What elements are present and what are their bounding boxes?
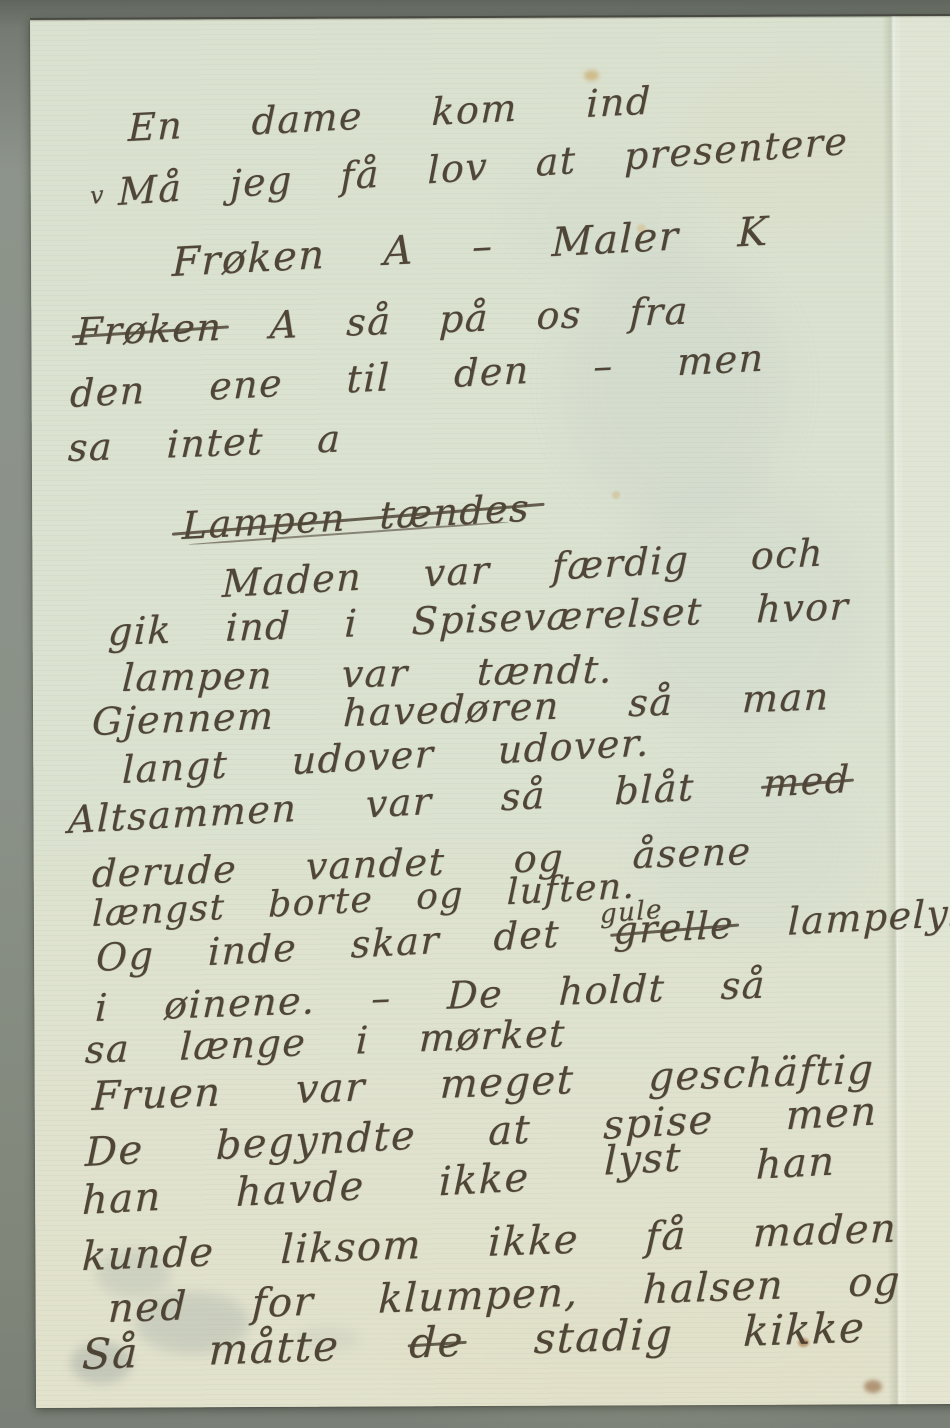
handwriting-text: han <box>755 1138 836 1188</box>
handwriting-line: gik ind i Spiseværelset hvor <box>107 584 850 654</box>
handwriting-text: lyst <box>604 1134 683 1184</box>
struck-word: de <box>408 1317 464 1368</box>
handwriting-line: v <box>90 180 106 210</box>
handwriting-text: A så på os fra <box>269 289 689 348</box>
handwriting-text: sa intet a <box>67 416 342 470</box>
handwriting-line: Lampen tændes <box>182 486 531 548</box>
handwriting-line: Frøken A – Maler K <box>172 209 770 286</box>
handwriting-text: Så måtte <box>81 1321 340 1379</box>
manuscript-photo: En dame kom indvMå jeg få lov at present… <box>0 0 950 1428</box>
struck-word: Frøken <box>75 305 223 354</box>
struck-word: grelle <box>613 903 734 953</box>
handwriting-text: v <box>90 180 106 210</box>
handwriting-layer: En dame kom indvMå jeg få lov at present… <box>0 0 950 1428</box>
handwriting-text: lampelys <box>787 890 950 944</box>
handwriting-text: stadig kikke <box>533 1303 866 1364</box>
struck-word: Lampen tændes <box>182 486 531 548</box>
struck-word: med <box>763 757 851 806</box>
handwriting-text: gik ind i Spiseværelset hvor <box>107 584 850 654</box>
handwriting-line: sa intet a <box>67 416 342 470</box>
handwriting-text: Frøken A – Maler K <box>172 209 770 286</box>
